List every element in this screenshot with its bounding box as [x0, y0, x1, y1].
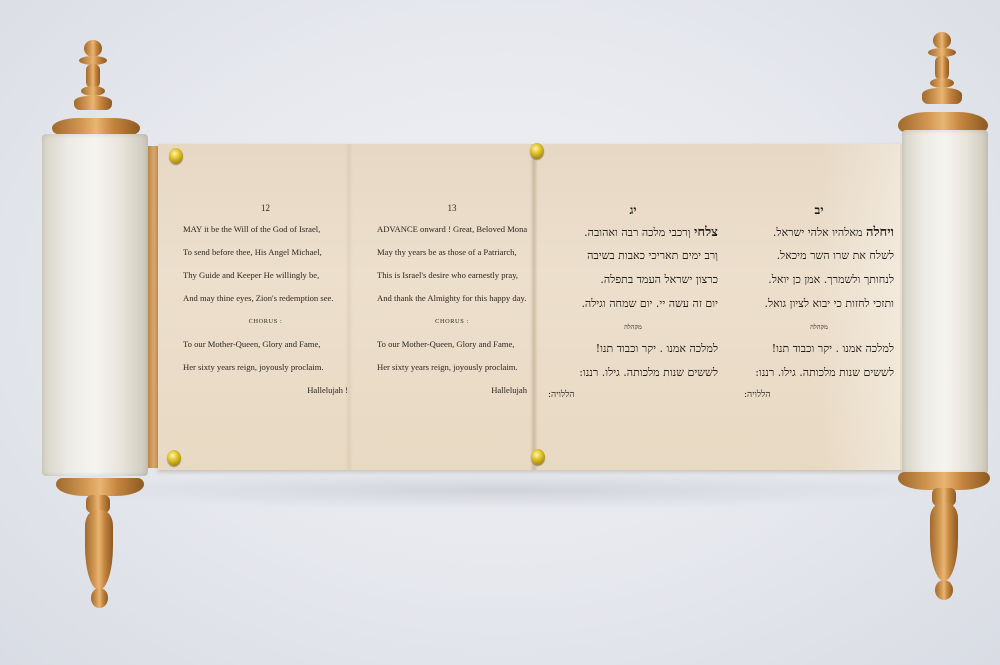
chorus-line: To our Mother-Queen, Glory and Fame,	[183, 340, 348, 363]
rivet-bottom-left	[167, 450, 181, 466]
closing-word: Hallelujah	[377, 386, 527, 406]
right-handle	[930, 503, 958, 581]
closing-word: הללויה:	[548, 391, 718, 411]
left-finial-knob	[84, 40, 102, 57]
right-top-cap	[898, 112, 988, 132]
left-finial-stem	[86, 64, 100, 88]
closing-word: Hallelujah !	[183, 386, 348, 406]
chorus-line: לששים שנות מלכותה. גילו. רננו:	[744, 367, 894, 391]
chorus-line: למלכה אמנו . יקר וכבוד תנו!	[548, 343, 718, 367]
chorus-label: מקהלה	[744, 322, 894, 343]
right-roller	[902, 130, 988, 474]
right-finial-knob	[933, 32, 951, 49]
page-number: יב	[744, 204, 894, 216]
verse-line: MAY it be the Will of the God of Israel,	[183, 225, 348, 248]
left-handle	[85, 510, 113, 590]
verse-line: כרצון ישראל העמד בתפלה.	[548, 274, 718, 298]
verse-line: This is Israel's desire who earnestly pr…	[377, 271, 527, 294]
chorus-line: To our Mother-Queen, Glory and Fame,	[377, 340, 527, 363]
left-roller	[42, 134, 148, 476]
page-number: 13	[377, 204, 527, 213]
opening-word: ויחלה	[866, 225, 894, 240]
verse-line: לנחותך ולשמרך. אמן כן יואל.	[744, 274, 894, 298]
verse-line: And may thine eyes, Zion's redemption se…	[183, 294, 348, 317]
chorus-label: CHORUS :	[183, 317, 348, 340]
english-page-12: 12 MAY it be the Will of the God of Isra…	[183, 204, 348, 406]
left-top-cap	[52, 118, 140, 134]
chorus-line: לששים שנות מלכותה. גילו. רננו:	[548, 367, 718, 391]
rivet-top-center	[530, 143, 544, 159]
left-finial-ring	[81, 86, 105, 96]
verse-line: ותזכי לחזות כי יבוא לציון גואל.	[744, 298, 894, 322]
right-handle-knob	[935, 580, 953, 600]
chorus-line: Her sixty years reign, joyously proclaim…	[377, 363, 527, 386]
left-bottom-cap	[56, 478, 144, 496]
opening-word: צלחי	[694, 225, 718, 240]
verse-line: לשלח את שרו השר מיכאל.	[744, 250, 894, 274]
chorus-label: CHORUS :	[377, 317, 527, 340]
left-finial-base	[74, 96, 112, 110]
verse-line: מאלהיו אלהי ישראל.	[773, 226, 863, 239]
verse-line: Thy Guide and Keeper He willingly be,	[183, 271, 348, 294]
hebrew-page-12: יב ויחלה מאלהיו אלהי ישראל. לשלח את שרו …	[744, 204, 894, 411]
page-number: 12	[183, 204, 348, 213]
verse-line: וְרכבי מלכה רבה ואהובה.	[584, 226, 690, 239]
hebrew-page-13: יג צלחי וְרכבי מלכה רבה ואהובה. וְרב ימי…	[548, 204, 718, 411]
verse-line: And thank the Almighty for this happy da…	[377, 294, 527, 317]
paper-fold-center	[530, 144, 538, 470]
right-finial-ring	[930, 78, 954, 88]
chorus-line: למלכה אמנו . יקר וכבוד תנו!	[744, 343, 894, 367]
right-finial-stem	[935, 56, 949, 80]
verse-line: May thy years be as those of a Patriarch…	[377, 248, 527, 271]
verse-line: ADVANCE onward ! Great, Beloved Monarch,	[377, 225, 527, 248]
floor-shadow	[60, 470, 940, 510]
verse-line: וְרב ימים תאריכי כאבות בשיבה	[548, 250, 718, 274]
english-page-13: 13 ADVANCE onward ! Great, Beloved Monar…	[377, 204, 527, 406]
page-number: יג	[548, 204, 718, 216]
chorus-label: מקהלה	[548, 322, 718, 343]
rivet-top-left	[169, 148, 183, 164]
verse-line: To send before thee, His Angel Michael,	[183, 248, 348, 271]
chorus-line: Her sixty years reign, joyously proclaim…	[183, 363, 348, 386]
rivet-bottom-center	[531, 449, 545, 465]
verse-line: יום זה עשה יי. יום שמחה וגילה.	[548, 298, 718, 322]
right-finial-base	[922, 88, 962, 104]
left-handle-knob	[91, 588, 108, 608]
closing-word: הללויה:	[744, 391, 894, 411]
